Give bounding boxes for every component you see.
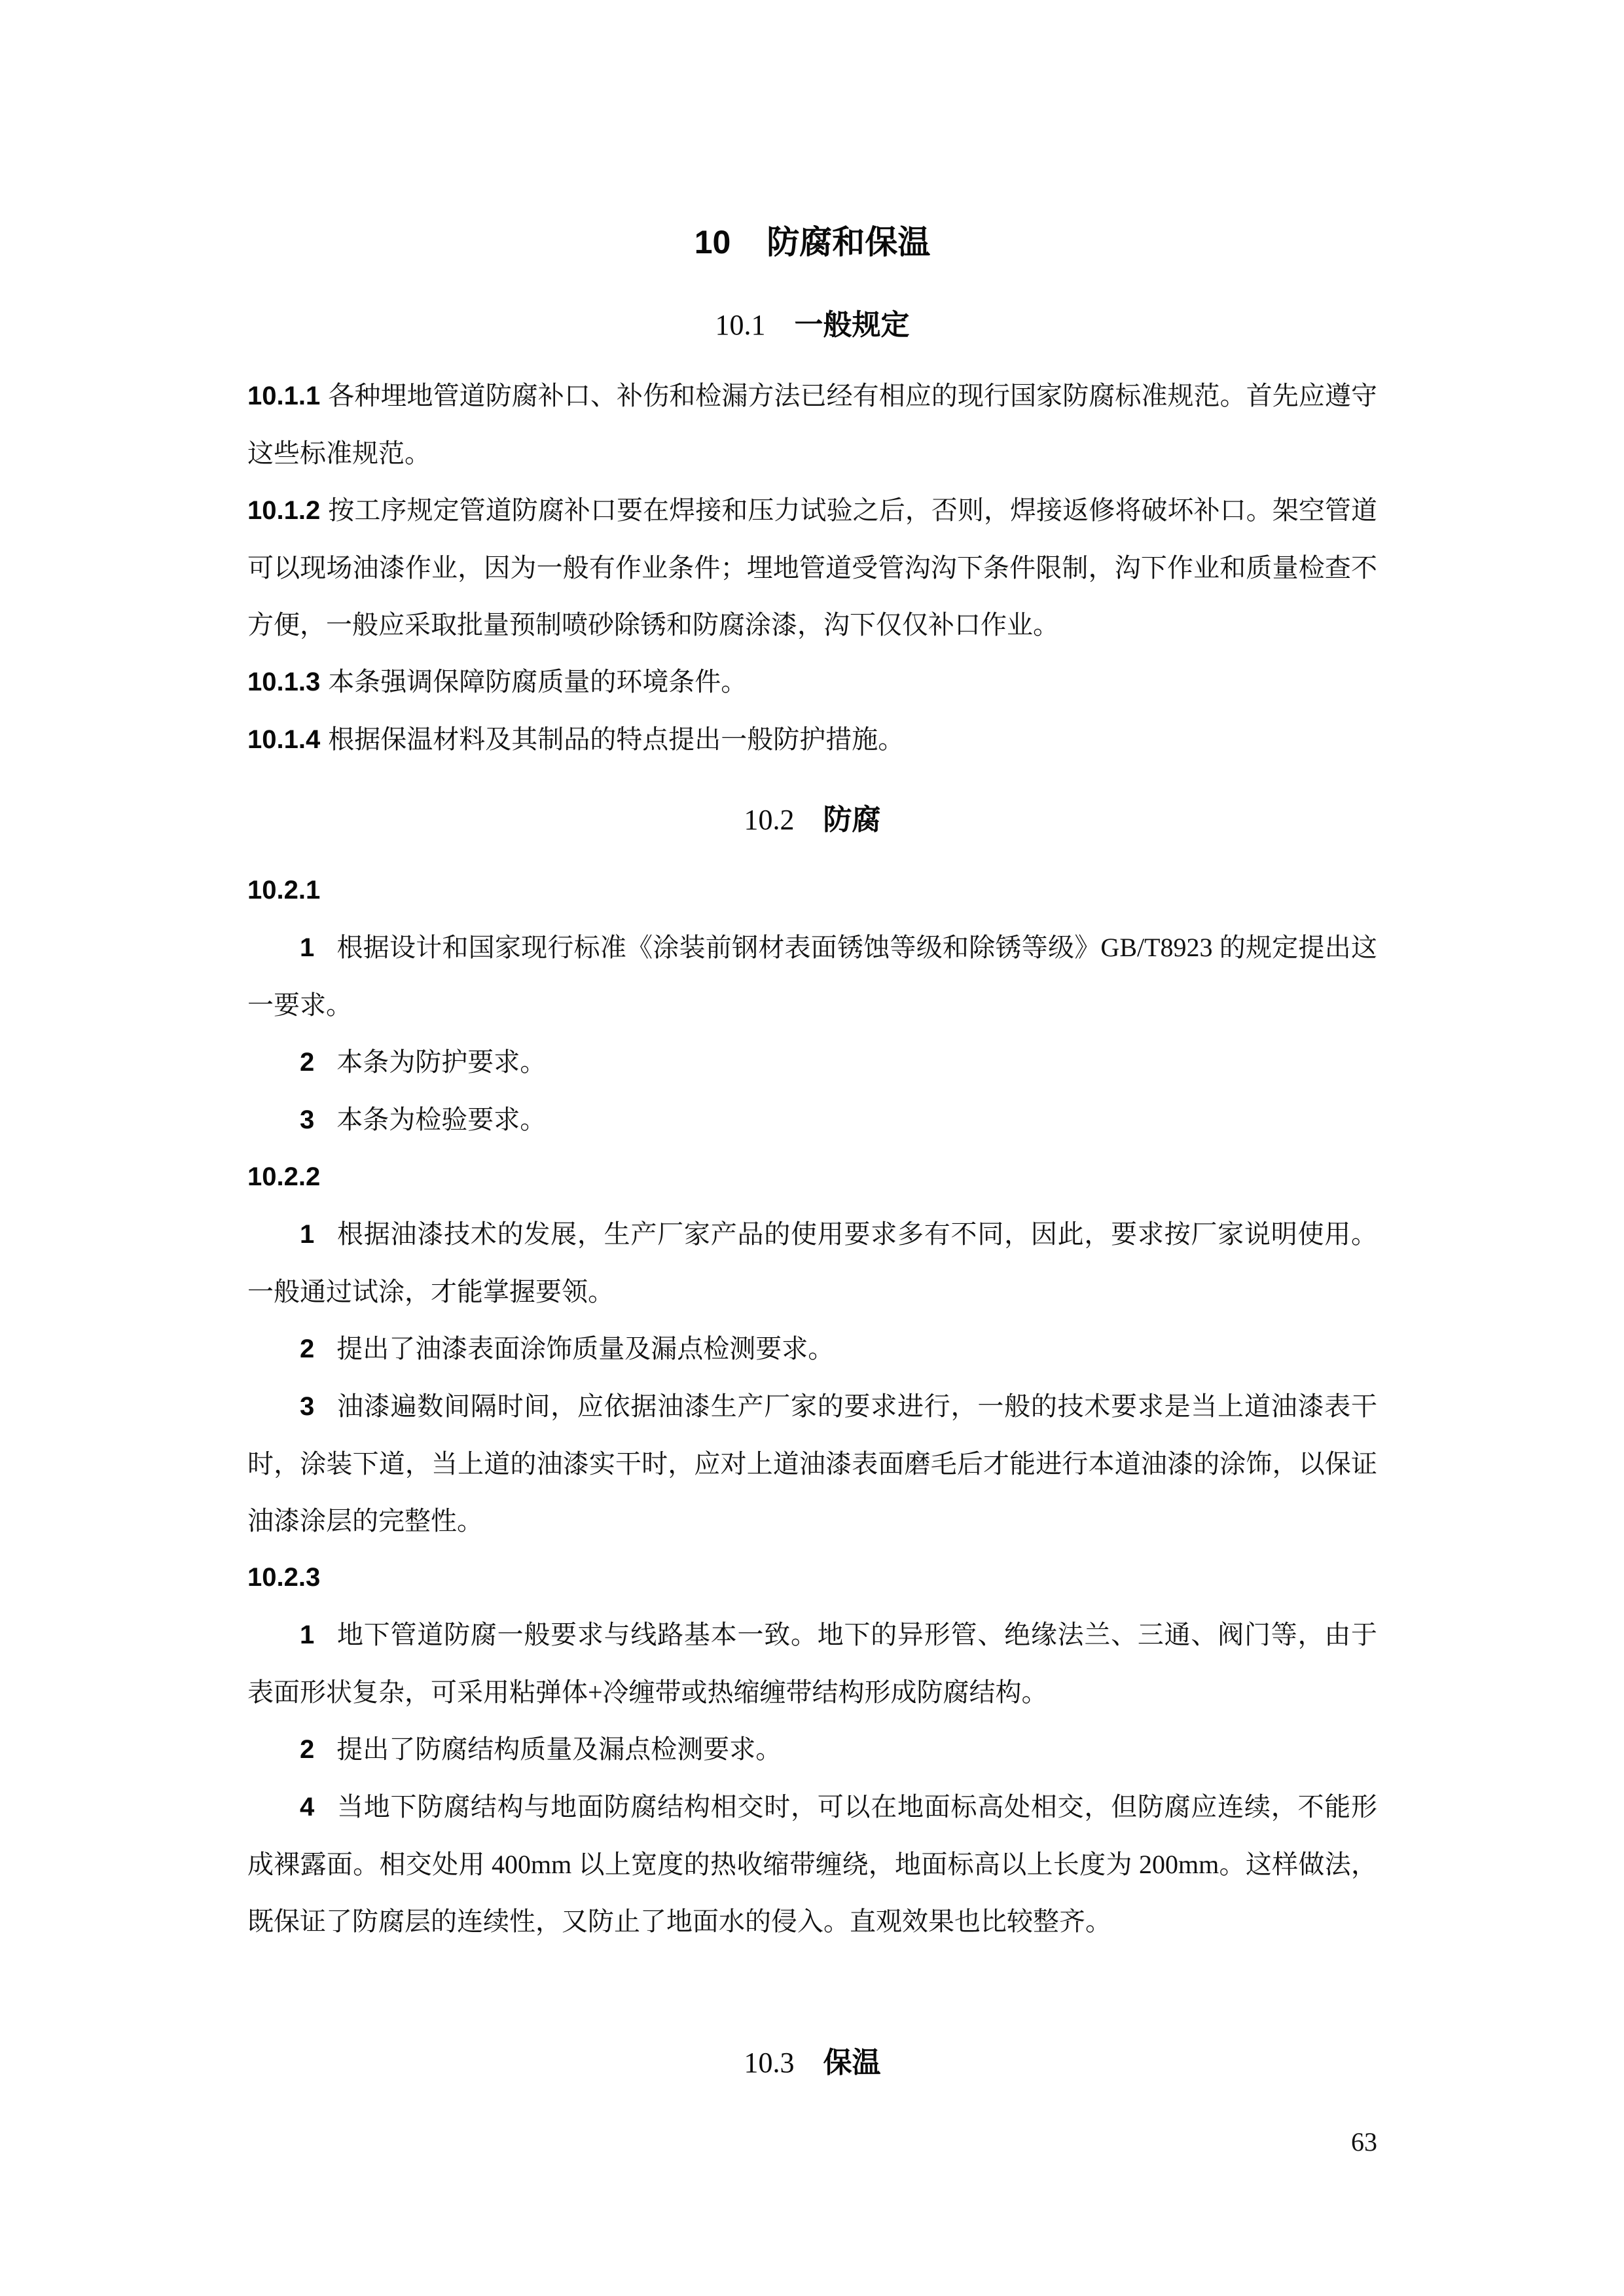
clause-text: 根据保温材料及其制品的特点提出一般防护措施。: [328, 725, 904, 754]
item-text: 提出了防腐结构质量及漏点检测要求。: [336, 1734, 782, 1764]
item-10-2-3-2: 2提出了防腐结构质量及漏点检测要求。: [247, 1721, 1377, 1778]
section-title: 防腐: [823, 804, 881, 836]
section-heading-10-3: 10.3保温: [247, 2049, 1377, 2077]
item-text: 地下管道防腐一般要求与线路基本一致。地下的异形管、绝缘法兰、三通、阀门等，由于表…: [247, 1620, 1377, 1707]
clause-10-1-3: 10.1.3本条强调保障防腐质量的环境条件。: [247, 653, 1377, 711]
clause-text: 本条强调保障防腐质量的环境条件。: [328, 667, 747, 696]
clause-10-1-2: 10.1.2按工序规定管道防腐补口要在焊接和压力试验之后，否则，焊接返修将破坏补…: [247, 482, 1377, 653]
chapter-number: 10: [695, 224, 731, 260]
clause-number: 10.1.3: [247, 668, 320, 696]
item-number: 1: [300, 1220, 314, 1249]
item-number: 1: [300, 933, 314, 962]
section-title: 保温: [823, 2047, 881, 2079]
item-number: 1: [300, 1621, 314, 1649]
page-number: 63: [1351, 2129, 1377, 2155]
section-title: 一般规定: [795, 309, 910, 341]
section-number: 10.1: [715, 309, 766, 341]
item-10-2-1-2: 2本条为防护要求。: [247, 1033, 1377, 1091]
item-10-2-2-3: 3油漆遍数间隔时间，应依据油漆生产厂家的要求进行，一般的技术要求是当上道油漆表干…: [247, 1378, 1377, 1549]
clause-text: 按工序规定管道防腐补口要在焊接和压力试验之后，否则，焊接返修将破坏补口。架空管道…: [247, 495, 1377, 639]
item-text: 油漆遍数间隔时间，应依据油漆生产厂家的要求进行，一般的技术要求是当上道油漆表干时…: [247, 1391, 1377, 1535]
clause-text: 各种埋地管道防腐补口、补伤和检漏方法已经有相应的现行国家防腐标准规范。首先应遵守…: [247, 381, 1377, 468]
item-number: 4: [300, 1793, 314, 1821]
clause-number: 10.1.2: [247, 496, 320, 525]
document-page: 10防腐和保温 10.1一般规定 10.1.1各种埋地管道防腐补口、补伤和检漏方…: [0, 0, 1624, 2296]
clause-number: 10.2.1: [247, 876, 320, 905]
item-text: 本条为检验要求。: [336, 1105, 546, 1134]
item-10-2-3-1: 1地下管道防腐一般要求与线路基本一致。地下的异形管、绝缘法兰、三通、阀门等，由于…: [247, 1606, 1377, 1721]
chapter-title: 防腐和保温: [767, 224, 930, 260]
clause-10-1-1: 10.1.1各种埋地管道防腐补口、补伤和检漏方法已经有相应的现行国家防腐标准规范…: [247, 367, 1377, 482]
clause-number-10-2-1: 10.2.1: [247, 862, 1377, 919]
item-text: 提出了油漆表面涂饰质量及漏点检测要求。: [336, 1334, 834, 1363]
clause-number-10-2-3: 10.2.3: [247, 1549, 1377, 1606]
item-text: 本条为防护要求。: [336, 1047, 546, 1077]
clause-number: 10.2.2: [247, 1162, 320, 1191]
item-10-2-1-1: 1根据设计和国家现行标准《涂装前钢材表面锈蚀等级和除锈等级》GB/T8923 的…: [247, 919, 1377, 1033]
item-text: 当地下防腐结构与地面防腐结构相交时，可以在地面标高处相交，但防腐应连续，不能形成…: [247, 1792, 1377, 1936]
item-number: 2: [300, 1048, 314, 1077]
item-number: 3: [300, 1392, 314, 1421]
clause-number: 10.1.1: [247, 382, 320, 410]
clause-10-1-4: 10.1.4根据保温材料及其制品的特点提出一般防护措施。: [247, 711, 1377, 768]
item-number: 2: [300, 1735, 314, 1764]
clause-number-10-2-2: 10.2.2: [247, 1149, 1377, 1206]
chapter-heading: 10防腐和保温: [247, 226, 1377, 259]
clause-number: 10.1.4: [247, 725, 320, 754]
item-number: 3: [300, 1105, 314, 1134]
section-heading-10-1: 10.1一般规定: [247, 311, 1377, 340]
section-heading-10-2: 10.2防腐: [247, 806, 1377, 834]
item-10-2-3-4: 4当地下防腐结构与地面防腐结构相交时，可以在地面标高处相交，但防腐应连续，不能形…: [247, 1778, 1377, 1950]
item-10-2-2-1: 1根据油漆技术的发展，生产厂家产品的使用要求多有不同，因此，要求按厂家说明使用。…: [247, 1206, 1377, 1320]
item-10-2-2-2: 2提出了油漆表面涂饰质量及漏点检测要求。: [247, 1320, 1377, 1378]
item-text: 根据设计和国家现行标准《涂装前钢材表面锈蚀等级和除锈等级》GB/T8923 的规…: [247, 933, 1377, 1020]
item-number: 2: [300, 1335, 314, 1363]
section-number: 10.2: [744, 804, 795, 836]
item-text: 根据油漆技术的发展，生产厂家产品的使用要求多有不同，因此，要求按厂家说明使用。一…: [247, 1219, 1377, 1306]
section-number: 10.3: [744, 2047, 795, 2079]
clause-number: 10.2.3: [247, 1563, 320, 1592]
page-content: 10防腐和保温 10.1一般规定 10.1.1各种埋地管道防腐补口、补伤和检漏方…: [247, 0, 1377, 2105]
item-10-2-1-3: 3本条为检验要求。: [247, 1091, 1377, 1149]
